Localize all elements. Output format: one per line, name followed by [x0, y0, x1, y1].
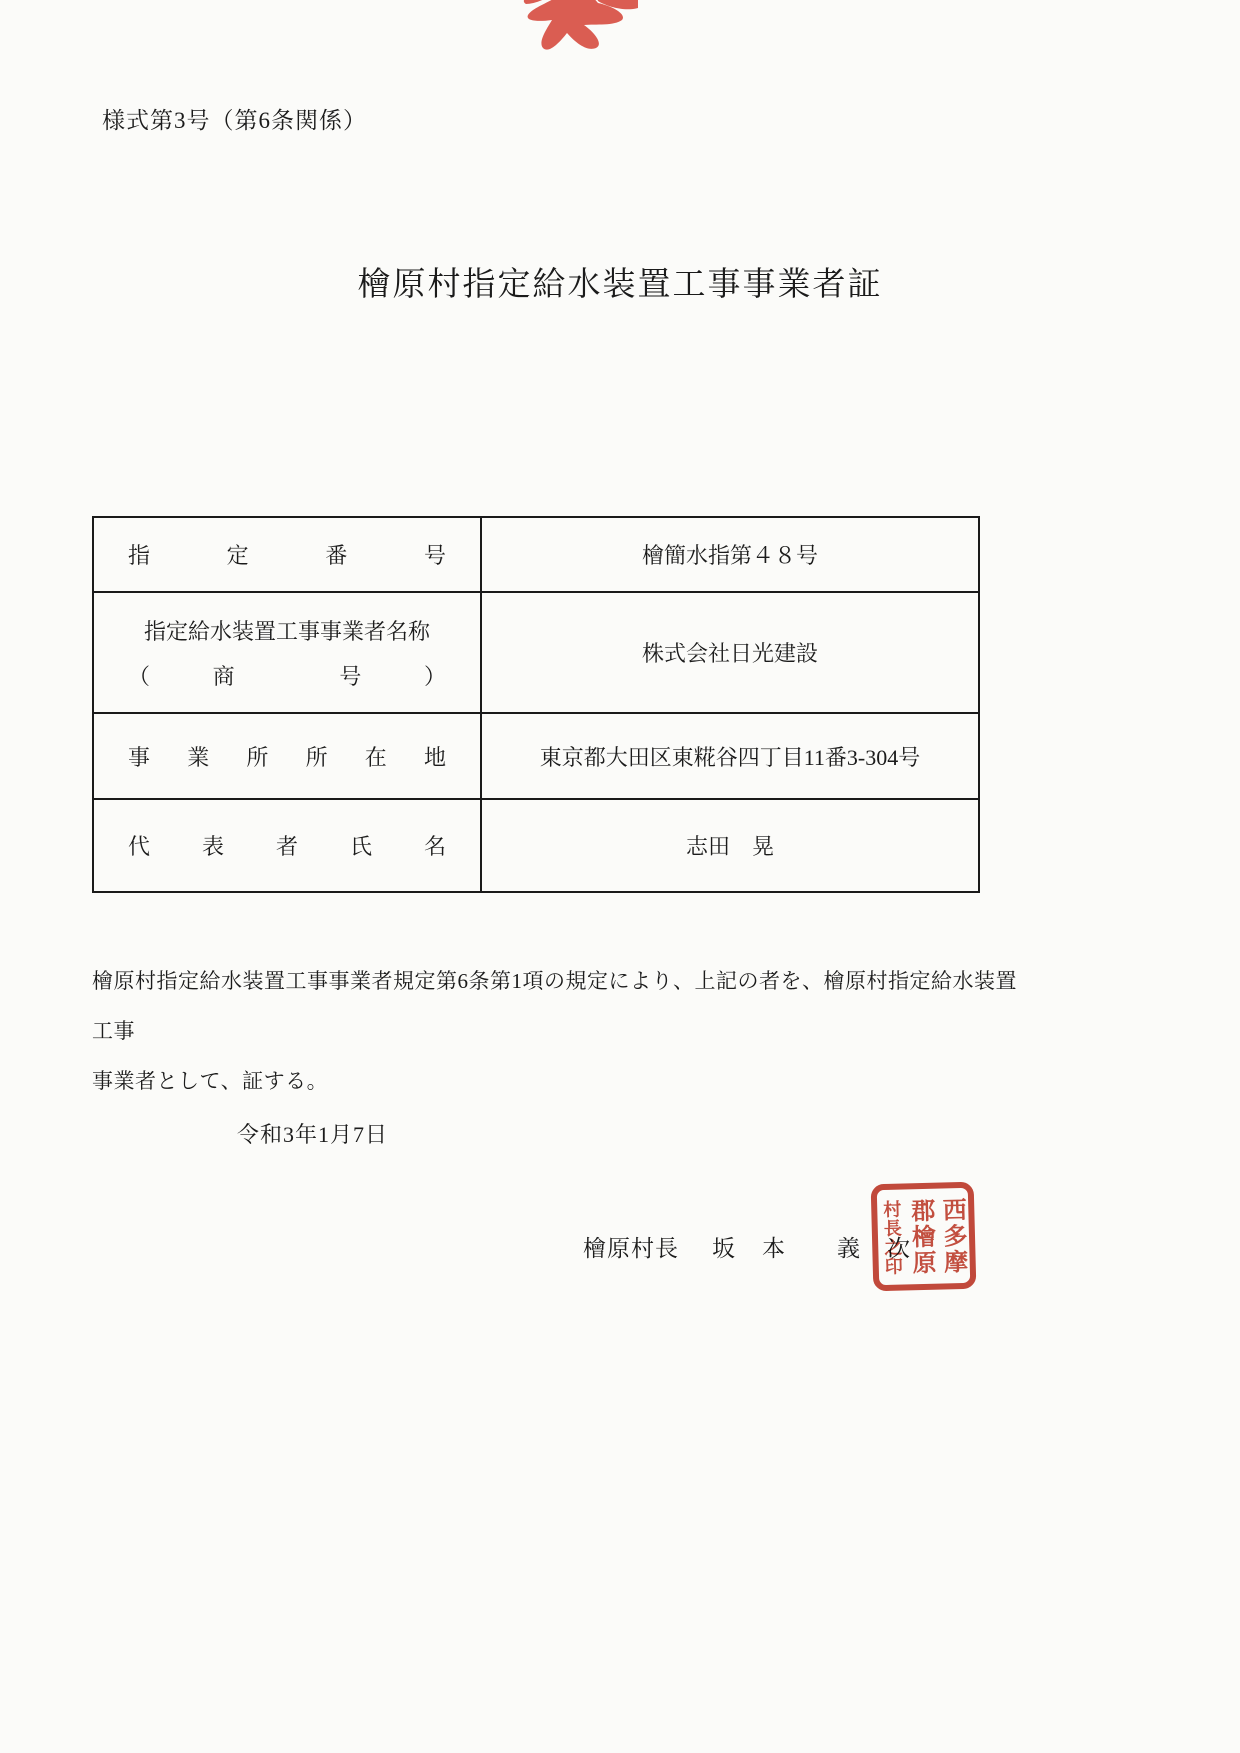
scanned-certificate-page: 様式第3号（第6条関係） 檜原村指定給水装置工事事業者証 指 定 番 号 檜簡水…	[0, 0, 1240, 1753]
row-label: 事 業 所 所 在 地	[93, 713, 481, 799]
table-row-representative-name: 代 表 者 氏 名 志田 晃	[93, 799, 979, 892]
row-label-line1: 指定給水装置工事事業者名称	[128, 615, 446, 646]
table-row-designation-number: 指 定 番 号 檜簡水指第４８号	[93, 517, 979, 592]
page-title: 檜原村指定給水装置工事事業者証	[0, 258, 1240, 305]
row-label: 指定給水装置工事事業者名称 （ 商 号 ）	[93, 592, 481, 713]
seal-text-column-left: 村長之印	[882, 1199, 902, 1275]
seal-text-column-right: 西多摩	[939, 1196, 965, 1275]
seal-text-column-middle: 郡檜原	[907, 1197, 933, 1276]
certification-statement: 檜原村指定給水装置工事事業者規定第6条第1項の規定により、上記の者を、檜原村指定…	[92, 956, 1032, 1106]
official-seal: 西多摩 郡檜原 村長之印	[871, 1182, 977, 1292]
table-row-office-address: 事 業 所 所 在 地 東京都大田区東糀谷四丁目11番3-304号	[93, 713, 979, 799]
row-label: 指 定 番 号	[93, 517, 481, 592]
form-number-note: 様式第3号（第6条関係）	[102, 102, 367, 135]
red-stamp-fragment-icon	[498, 0, 638, 58]
statement-line2: 事業者として、証する。	[92, 1056, 1032, 1106]
row-value: 檜簡水指第４８号	[481, 517, 979, 592]
row-value: 株式会社日光建設	[481, 592, 979, 713]
row-value: 志田 晃	[481, 799, 979, 892]
issue-date: 令和3年1月7日	[237, 1118, 388, 1149]
table-row-business-name: 指定給水装置工事事業者名称 （ 商 号 ） 株式会社日光建設	[93, 592, 979, 713]
row-label-line2: （ 商 号 ）	[128, 660, 446, 691]
certificate-table: 指 定 番 号 檜簡水指第４８号 指定給水装置工事事業者名称 （ 商 号 ） 株…	[92, 516, 980, 893]
row-value: 東京都大田区東糀谷四丁目11番3-304号	[481, 713, 979, 799]
statement-line1: 檜原村指定給水装置工事事業者規定第6条第1項の規定により、上記の者を、檜原村指定…	[92, 956, 1032, 1056]
signer-title: 檜原村長	[583, 1230, 679, 1263]
row-label: 代 表 者 氏 名	[93, 799, 481, 892]
